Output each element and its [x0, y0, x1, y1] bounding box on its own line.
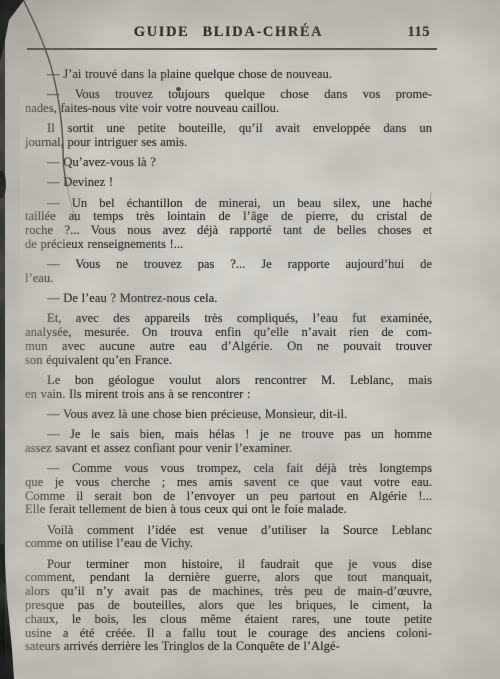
text-line: — Devinez ! — [25, 176, 432, 190]
text-line: mun avec aucune autre eau d’Algérie. On … — [25, 340, 432, 354]
paragraph: — Un bel échantillon de minerai, un beau… — [25, 197, 432, 252]
scan-edge-left — [0, 0, 5, 679]
page-header: GUIDE BLIDA-CHRÉA 115 — [25, 24, 432, 44]
page-title: GUIDE BLIDA-CHRÉA — [25, 24, 432, 41]
text-line: Et, avec des appareils très compliqués, … — [25, 312, 432, 326]
text-line: chaux, le bois, les clous même étaient r… — [25, 613, 432, 627]
text-line: analysée, mesurée. On trouva enfin qu’el… — [25, 326, 432, 340]
text-line: journal, pour intriguer ses amis. — [25, 136, 432, 150]
text-line: nades, faites-nous vite voir votre nouve… — [25, 102, 432, 116]
text-line: — J’ai trouvé dans la plaine quelque cho… — [25, 68, 432, 82]
scanned-book-page: GUIDE BLIDA-CHRÉA 115 — J’ai trouvé dans… — [0, 0, 500, 679]
paragraph: Pour terminer mon histoire, il faudrait … — [25, 558, 432, 655]
text-line: Voilà comment l’idée est venue d’utilise… — [25, 524, 432, 538]
paragraph: Le bon géologue voulut alors rencontrer … — [25, 374, 432, 402]
text-line: l’eau. — [25, 272, 432, 286]
scan-edge-bottom — [0, 544, 14, 679]
text-line: — Vous ne trouvez pas ?... Je rapporte a… — [25, 258, 432, 272]
paragraph: — Je le sais bien, mais hélas ! je ne tr… — [25, 428, 432, 456]
text-line: Le bon géologue voulut alors rencontrer … — [25, 374, 432, 388]
paragraph: — Vous trouvez toujours quelque chose da… — [25, 88, 432, 116]
text-line: sateurs arrivés derrière les Tringlos de… — [25, 640, 432, 654]
scan-edge-blob — [0, 171, 6, 198]
text-line: alors qu’il n’y avait pas de machines, t… — [25, 585, 432, 599]
text-line: Elle ferait tellement de bien à tous ceu… — [25, 503, 432, 517]
text-line: Pour terminer mon histoire, il faudrait … — [25, 558, 432, 572]
paragraph: — Vous avez là une chose bien précieuse,… — [25, 408, 432, 422]
text-line: — Je le sais bien, mais hélas ! je ne tr… — [25, 428, 432, 442]
header-rule — [27, 48, 437, 50]
paragraph: — De l’eau ? Montrez-nous cela. — [25, 292, 432, 306]
text-line: taillée au temps très lointain de l’âge … — [25, 210, 432, 224]
text-line: — De l’eau ? Montrez-nous cela. — [25, 292, 432, 306]
text-line: en vain. Ils mirent trois ans à se renco… — [25, 388, 432, 402]
text-line: comment, pendant la dernière guerre, alo… — [25, 571, 432, 585]
paragraph: — Comme vous vous trompez, cela fait déj… — [25, 462, 432, 517]
paragraph: — Devinez ! — [25, 176, 432, 190]
paragraph: Il sortit une petite bouteille, qu’il av… — [25, 122, 432, 150]
paragraph: — Qu’avez-vous là ? — [25, 156, 432, 170]
text-line: assez savant et assez confiant pour veni… — [25, 442, 432, 456]
paragraph: Et, avec des appareils très compliqués, … — [25, 312, 432, 367]
text-line: presque pas de bouteilles, alors que les… — [25, 599, 432, 613]
paragraph: — J’ai trouvé dans la plaine quelque cho… — [25, 68, 432, 82]
text-line: que je vous cherche ; mes amis savent ce… — [25, 476, 432, 490]
text-line: — Comme vous vous trompez, cela fait déj… — [25, 462, 432, 476]
text-line: usine a été créée. Il a fallu tout le co… — [25, 627, 432, 641]
text-line: comme on utilise l’eau de Vichy. — [25, 537, 432, 551]
page-body-text: — J’ai trouvé dans la plaine quelque cho… — [25, 68, 432, 654]
text-line: de précieux renseignements !... — [25, 238, 432, 252]
text-line: Il sortit une petite bouteille, qu’il av… — [25, 122, 432, 136]
text-line: roche ?... Vous nous avez déjà rapporté … — [25, 224, 432, 238]
page-number: 115 — [408, 24, 430, 41]
text-line: son équivalent qu’en France. — [25, 354, 432, 368]
paragraph: — Vous ne trouvez pas ?... Je rapporte a… — [25, 258, 432, 286]
paragraph: Voilà comment l’idée est venue d’utilise… — [25, 524, 432, 552]
text-line: Comme il serait bon de l’envoyer un peu … — [25, 490, 432, 504]
text-line: — Qu’avez-vous là ? — [25, 156, 432, 170]
text-line: — Un bel échantillon de minerai, un beau… — [25, 197, 432, 211]
text-line: — Vous trouvez toujours quelque chose da… — [25, 88, 432, 102]
text-line: — Vous avez là une chose bien précieuse,… — [25, 408, 432, 422]
scan-edge-corner — [0, 0, 26, 62]
